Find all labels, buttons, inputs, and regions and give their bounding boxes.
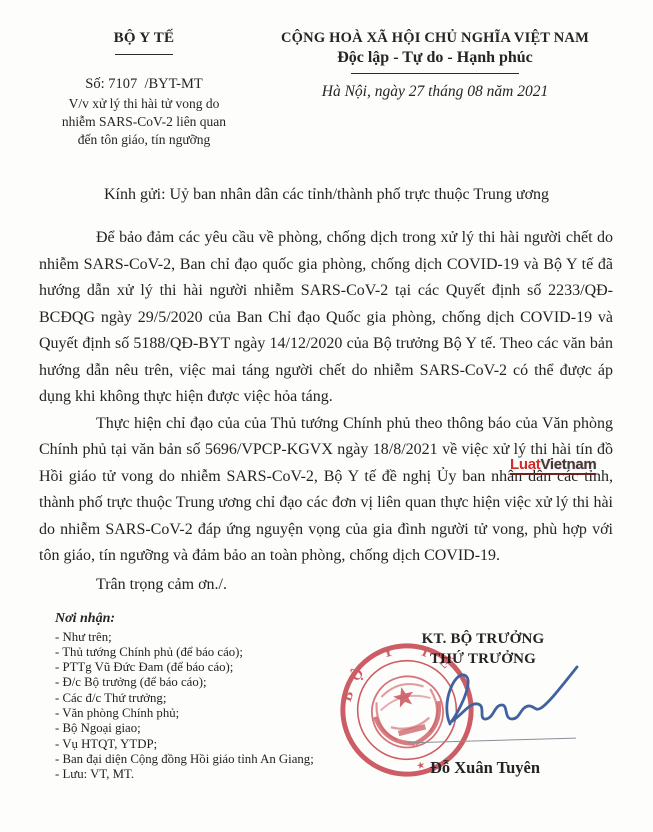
paragraph-1: Để bảo đảm các yêu cầu về phòng, chống d…: [39, 225, 613, 411]
document-number: Số: 7107 /BYT-MT: [30, 76, 258, 93]
recipient-item: - Như trên;: [55, 630, 355, 645]
recipient-item: - Văn phòng Chính phủ;: [55, 706, 355, 721]
signer-name-block: Đỗ Xuân Tuyên: [395, 758, 575, 778]
org-underline: [115, 54, 173, 55]
recipients-title: Nơi nhận:: [55, 611, 355, 627]
recipient-item: - Đ/c Bộ trưởng (để báo cáo);: [55, 675, 355, 690]
paragraph-2: Thực hiện chỉ đạo của của Thủ tướng Chín…: [39, 411, 613, 570]
recipient-item: - PTTg Vũ Đức Đam (để báo cáo);: [55, 660, 355, 675]
closing-line: Trân trọng cảm ơn./.: [96, 571, 653, 598]
document-subject: V/v xử lý thi hài tử vong do nhiễm SARS-…: [30, 95, 258, 149]
subject-line: đến tôn giáo, tín ngưỡng: [30, 131, 258, 149]
watermark-part1: Luat: [510, 456, 540, 473]
subject-line: nhiễm SARS-CoV-2 liên quan: [30, 113, 258, 131]
recipient-item: - Vụ HTQT, YTDP;: [55, 737, 355, 752]
signature-handwriting-icon: [430, 662, 580, 734]
org-name: BỘ Y TẾ: [30, 30, 258, 47]
document-header: BỘ Y TẾ Số: 7107 /BYT-MT V/v xử lý thi h…: [0, 0, 653, 149]
recipient-item: - Ban đại diện Cộng đồng Hồi giáo tỉnh A…: [55, 752, 355, 767]
letter-body: Để bảo đảm các yêu cầu về phòng, chống d…: [39, 225, 613, 570]
national-title: CỘNG HOÀ XÃ HỘI CHỦ NGHĨA VIỆT NAM: [260, 30, 610, 47]
place-dateline: Hà Nội, ngày 27 tháng 08 năm 2021: [260, 83, 610, 101]
recipient-item: - Thủ tướng Chính phủ (để báo cáo);: [55, 645, 355, 660]
salutation: Kính gửi: Uỷ ban nhân dân các tỉnh/thành…: [0, 186, 653, 204]
watermark-part2: Vietnam: [540, 456, 596, 473]
national-motto: Độc lập - Tự do - Hạnh phúc: [260, 49, 610, 67]
document-page: BỘ Y TẾ Số: 7107 /BYT-MT V/v xử lý thi h…: [0, 0, 653, 832]
recipients-block: Nơi nhận: - Như trên; - Thủ tướng Chính …: [55, 611, 355, 783]
recipient-item: - Bộ Ngoại giao;: [55, 721, 355, 736]
subject-line: V/v xử lý thi hài tử vong do: [30, 95, 258, 113]
motto-underline: [351, 73, 519, 74]
recipient-item: - Các đ/c Thứ trưởng;: [55, 691, 355, 706]
signer-name: Đỗ Xuân Tuyên: [430, 758, 540, 777]
issuing-org-block: BỘ Y TẾ Số: 7107 /BYT-MT V/v xử lý thi h…: [30, 30, 258, 149]
luatvietnam-watermark: LuatVietnam: [510, 457, 596, 475]
recipient-item: - Lưu: VT, MT.: [55, 767, 355, 782]
national-header-block: CỘNG HOÀ XÃ HỘI CHỦ NGHĨA VIỆT NAM Độc l…: [260, 30, 610, 149]
